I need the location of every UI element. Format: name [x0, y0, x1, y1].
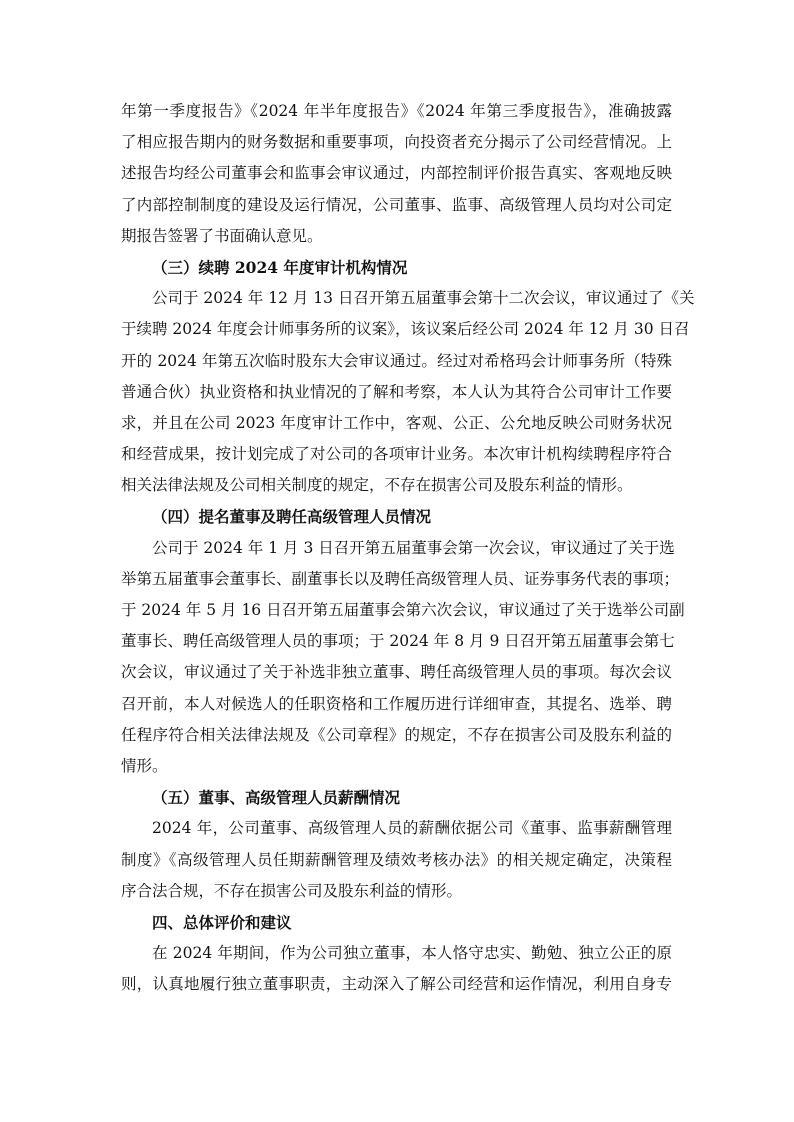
- text-line: 在 2024 年期间，作为公司独立董事，本人恪守忠实、勤勉、独立公正的原: [121, 938, 672, 969]
- text-line: 求，并且在公司 2023 年度审计工作中，客观、公正、公允地反映公司财务状况: [121, 408, 672, 439]
- section-heading-audit-renewal: （三）续聘 2024 年度审计机构情况: [121, 252, 672, 283]
- section-heading-nomination: （四）提名董事及聘任高级管理人员情况: [121, 501, 672, 532]
- section-heading-compensation: （五）董事、高级管理人员薪酬情况: [121, 782, 672, 813]
- text-line: 董事长、聘任高级管理人员的事项；于 2024 年 8 月 9 日召开第五届董事会…: [121, 626, 672, 657]
- text-line: 序合法合规，不存在损害公司及股东利益的情形。: [121, 876, 672, 907]
- text-line: 任程序符合相关法律法规及《公司章程》的规定，不存在损害公司及股东利益的: [121, 720, 672, 751]
- text-line: 公司于 2024 年 12 月 13 日召开第五届董事会第十二次会议，审议通过了…: [121, 283, 672, 314]
- text-line: 了相应报告期内的财务数据和重要事项，向投资者充分揭示了公司经营情况。上: [121, 127, 672, 158]
- paragraph-audit-renewal: 公司于 2024 年 12 月 13 日召开第五届董事会第十二次会议，审议通过了…: [121, 283, 672, 501]
- document-page: 年第一季度报告》《2024 年半年度报告》《2024 年第三季度报告》，准确披露…: [121, 96, 672, 1000]
- text-line: 召开前，本人对候选人的任职资格和工作履历进行详细审查，其提名、选举、聘: [121, 689, 672, 720]
- text-line: 2024 年，公司董事、高级管理人员的薪酬依据公司《董事、监事薪酬管理: [121, 813, 672, 844]
- text-line: 相关法律法规及公司相关制度的规定，不存在损害公司及股东利益的情形。: [121, 470, 672, 501]
- text-line: 情形。: [121, 751, 672, 782]
- text-line: 举第五届董事会董事长、副董事长以及聘任高级管理人员、证券事务代表的事项；: [121, 564, 672, 595]
- text-line: 和经营成果，按计划完成了对公司的各项审计业务。本次审计机构续聘程序符合: [121, 439, 672, 470]
- text-line: 开的 2024 年第五次临时股东大会审议通过。经过对希格玛会计师事务所（特殊: [121, 346, 672, 377]
- text-line: 于续聘 2024 年度会计师事务所的议案》，该议案后经公司 2024 年 12 …: [121, 314, 672, 345]
- text-line: 述报告均经公司董事会和监事会审议通过，内部控制评价报告真实、客观地反映: [121, 158, 672, 189]
- text-line: 期报告签署了书面确认意见。: [121, 221, 672, 252]
- text-line: 于 2024 年 5 月 16 日召开第五届董事会第六次会议，审议通过了关于选举…: [121, 595, 672, 626]
- text-line: 次会议，审议通过了关于补选非独立董事、聘任高级管理人员的事项。每次会议: [121, 657, 672, 688]
- paragraph-nomination: 公司于 2024 年 1 月 3 日召开第五届董事会第一次会议，审议通过了关于选…: [121, 533, 672, 783]
- section-heading-overall-evaluation: 四、总体评价和建议: [121, 907, 672, 938]
- text-line: 制度》《高级管理人员任期薪酬管理及绩效考核办法》的相关规定确定，决策程: [121, 845, 672, 876]
- paragraph-report-disclosure: 年第一季度报告》《2024 年半年度报告》《2024 年第三季度报告》，准确披露…: [121, 96, 672, 252]
- paragraph-overall-evaluation: 在 2024 年期间，作为公司独立董事，本人恪守忠实、勤勉、独立公正的原 则，认…: [121, 938, 672, 1000]
- text-line: 公司于 2024 年 1 月 3 日召开第五届董事会第一次会议，审议通过了关于选: [121, 533, 672, 564]
- text-line: 了内部控制制度的建设及运行情况，公司董事、监事、高级管理人员均对公司定: [121, 190, 672, 221]
- text-line: 年第一季度报告》《2024 年半年度报告》《2024 年第三季度报告》，准确披露: [121, 96, 672, 127]
- paragraph-compensation: 2024 年，公司董事、高级管理人员的薪酬依据公司《董事、监事薪酬管理 制度》《…: [121, 813, 672, 907]
- text-line: 普通合伙）执业资格和执业情况的了解和考察，本人认为其符合公司审计工作要: [121, 377, 672, 408]
- text-line: 则，认真地履行独立董事职责，主动深入了解公司经营和运作情况，利用自身专: [121, 969, 672, 1000]
